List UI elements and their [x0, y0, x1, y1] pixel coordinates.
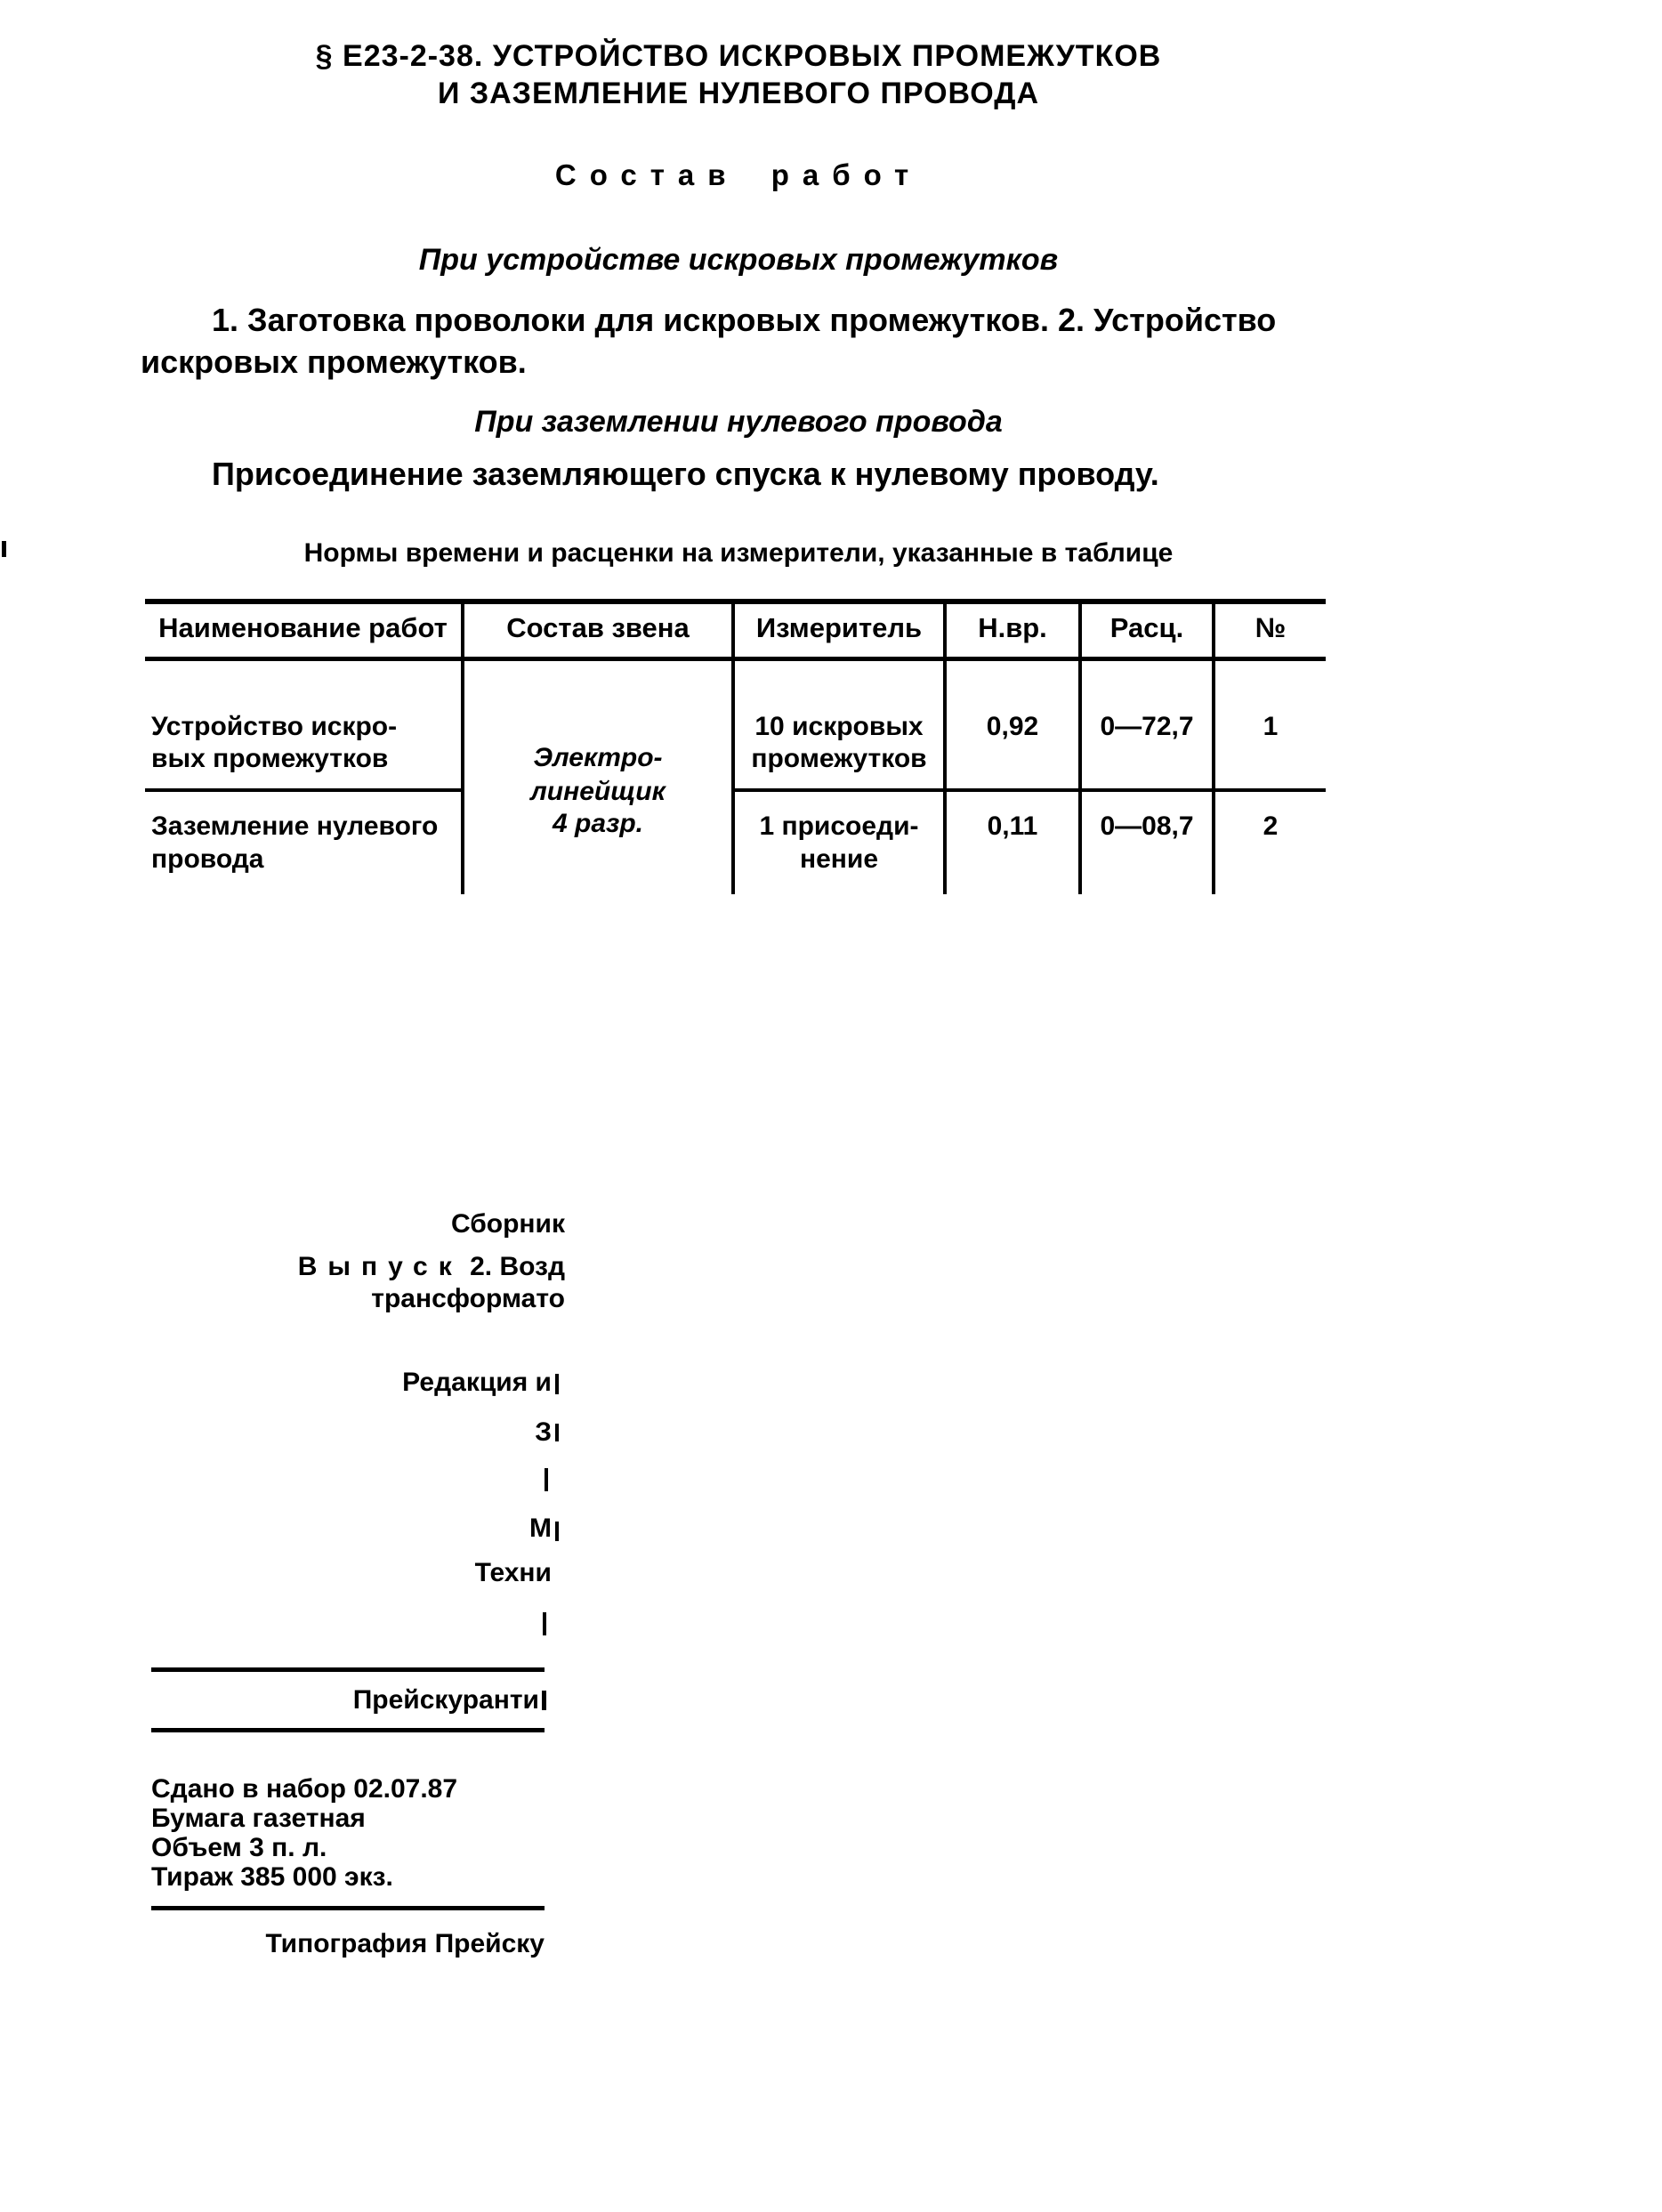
colophon-volume: Объем 3 п. л.	[151, 1833, 457, 1862]
imprint-issue-rest: 2. Возд	[470, 1252, 565, 1281]
cut-letter-fragment	[542, 1691, 546, 1710]
cut-letter-fragment	[555, 1522, 559, 1541]
section-header-line1: § Е23-2-38. УСТРОЙСТВО ИСКРОВЫХ ПРОМЕЖУТ…	[145, 38, 1332, 74]
row2-time-value: 0,11	[947, 809, 1078, 844]
colophon-typeset-date: Сдано в набор 02.07.87	[151, 1774, 457, 1804]
crew-line3: 4 разр.	[464, 806, 731, 842]
row1-time-value: 0,92	[947, 709, 1078, 745]
spark-gaps-text-line2: искровых промежутков.	[141, 344, 527, 380]
scan-artifact-tick	[2, 541, 6, 557]
row2-work-line1: Заземление нулевого	[151, 809, 438, 844]
row1-meter-line2: промежутков	[735, 741, 943, 777]
cut-letter-fragment	[555, 1374, 559, 1394]
imprint-collection: Сборник	[451, 1207, 565, 1242]
colophon-circulation: Тираж 385 000 экз.	[151, 1862, 457, 1892]
imprint-tech-editor: Техни	[475, 1555, 552, 1591]
row2-work-line2: провода	[151, 842, 263, 877]
spark-gaps-heading: При устройстве искровых промежутков	[145, 242, 1332, 278]
table-header-border	[145, 657, 1326, 661]
imprint-rule-bottom	[151, 1906, 545, 1910]
imprint-editor-initial: З	[535, 1415, 552, 1450]
table-row-separator-right	[731, 788, 1326, 792]
imprint-printing-house: Типография Прейску	[265, 1926, 545, 1962]
works-composition-title: Состав работ	[145, 157, 1332, 193]
row1-work-line2: вых промежутков	[151, 741, 388, 777]
grounding-heading: При заземлении нулевого провода	[145, 404, 1332, 440]
col-header-meter: Измеритель	[735, 610, 943, 646]
crew-line2: линейщик	[464, 774, 731, 810]
col-header-rate: Расц.	[1082, 610, 1212, 646]
imprint-publisher: Прейскуранти	[353, 1683, 539, 1718]
imprint-issue: Выпуск 2. Возд	[298, 1249, 565, 1285]
cut-letter-fragment	[545, 1468, 548, 1491]
crew-line1: Электро-	[464, 740, 731, 776]
table-top-border	[145, 599, 1326, 604]
row2-rate-value: 0—08,7	[1082, 809, 1212, 844]
row2-num-value: 2	[1215, 809, 1326, 844]
col-header-crew: Состав звена	[464, 610, 731, 646]
imprint-junior-editor-initial: М	[529, 1511, 552, 1546]
imprint-rule-middle	[151, 1728, 545, 1732]
grounding-text: Присоединение заземляющего спуска к нуле…	[212, 456, 1159, 492]
row1-rate-value: 0—72,7	[1082, 709, 1212, 745]
col-header-time: Н.вр.	[947, 610, 1078, 646]
colophon-paper: Бумага газетная	[151, 1804, 457, 1833]
cut-letter-fragment	[555, 1424, 559, 1441]
scanned-document-page: § Е23-2-38. УСТРОЙСТВО ИСКРОВЫХ ПРОМЕЖУТ…	[0, 0, 1662, 2212]
col-header-work: Наименование работ	[145, 610, 461, 646]
table-row-separator-left	[145, 788, 461, 792]
row1-work-line1: Устройство искро-	[151, 709, 397, 745]
imprint-editorial: Редакция и	[402, 1365, 552, 1401]
imprint-transformer: трансформато	[371, 1281, 565, 1317]
imprint-rule-top	[151, 1667, 545, 1672]
section-header-line2: И ЗАЗЕМЛЕНИЕ НУЛЕВОГО ПРОВОДА	[145, 76, 1332, 111]
col-header-num: №	[1215, 610, 1326, 646]
spark-gaps-text-line1: 1. Заготовка проволоки для искровых пром…	[212, 303, 1276, 338]
colophon-details: Сдано в набор 02.07.87 Бумага газетная О…	[151, 1774, 457, 1892]
imprint-issue-label: Выпуск	[298, 1252, 463, 1281]
row1-num-value: 1	[1215, 709, 1326, 745]
cut-letter-fragment	[543, 1612, 546, 1635]
row2-meter-line1: 1 присоеди-	[735, 809, 943, 844]
row2-meter-line2: нение	[735, 842, 943, 877]
row1-meter-line1: 10 искровых	[735, 709, 943, 745]
norms-table-caption: Нормы времени и расценки на измерители, …	[145, 536, 1332, 571]
